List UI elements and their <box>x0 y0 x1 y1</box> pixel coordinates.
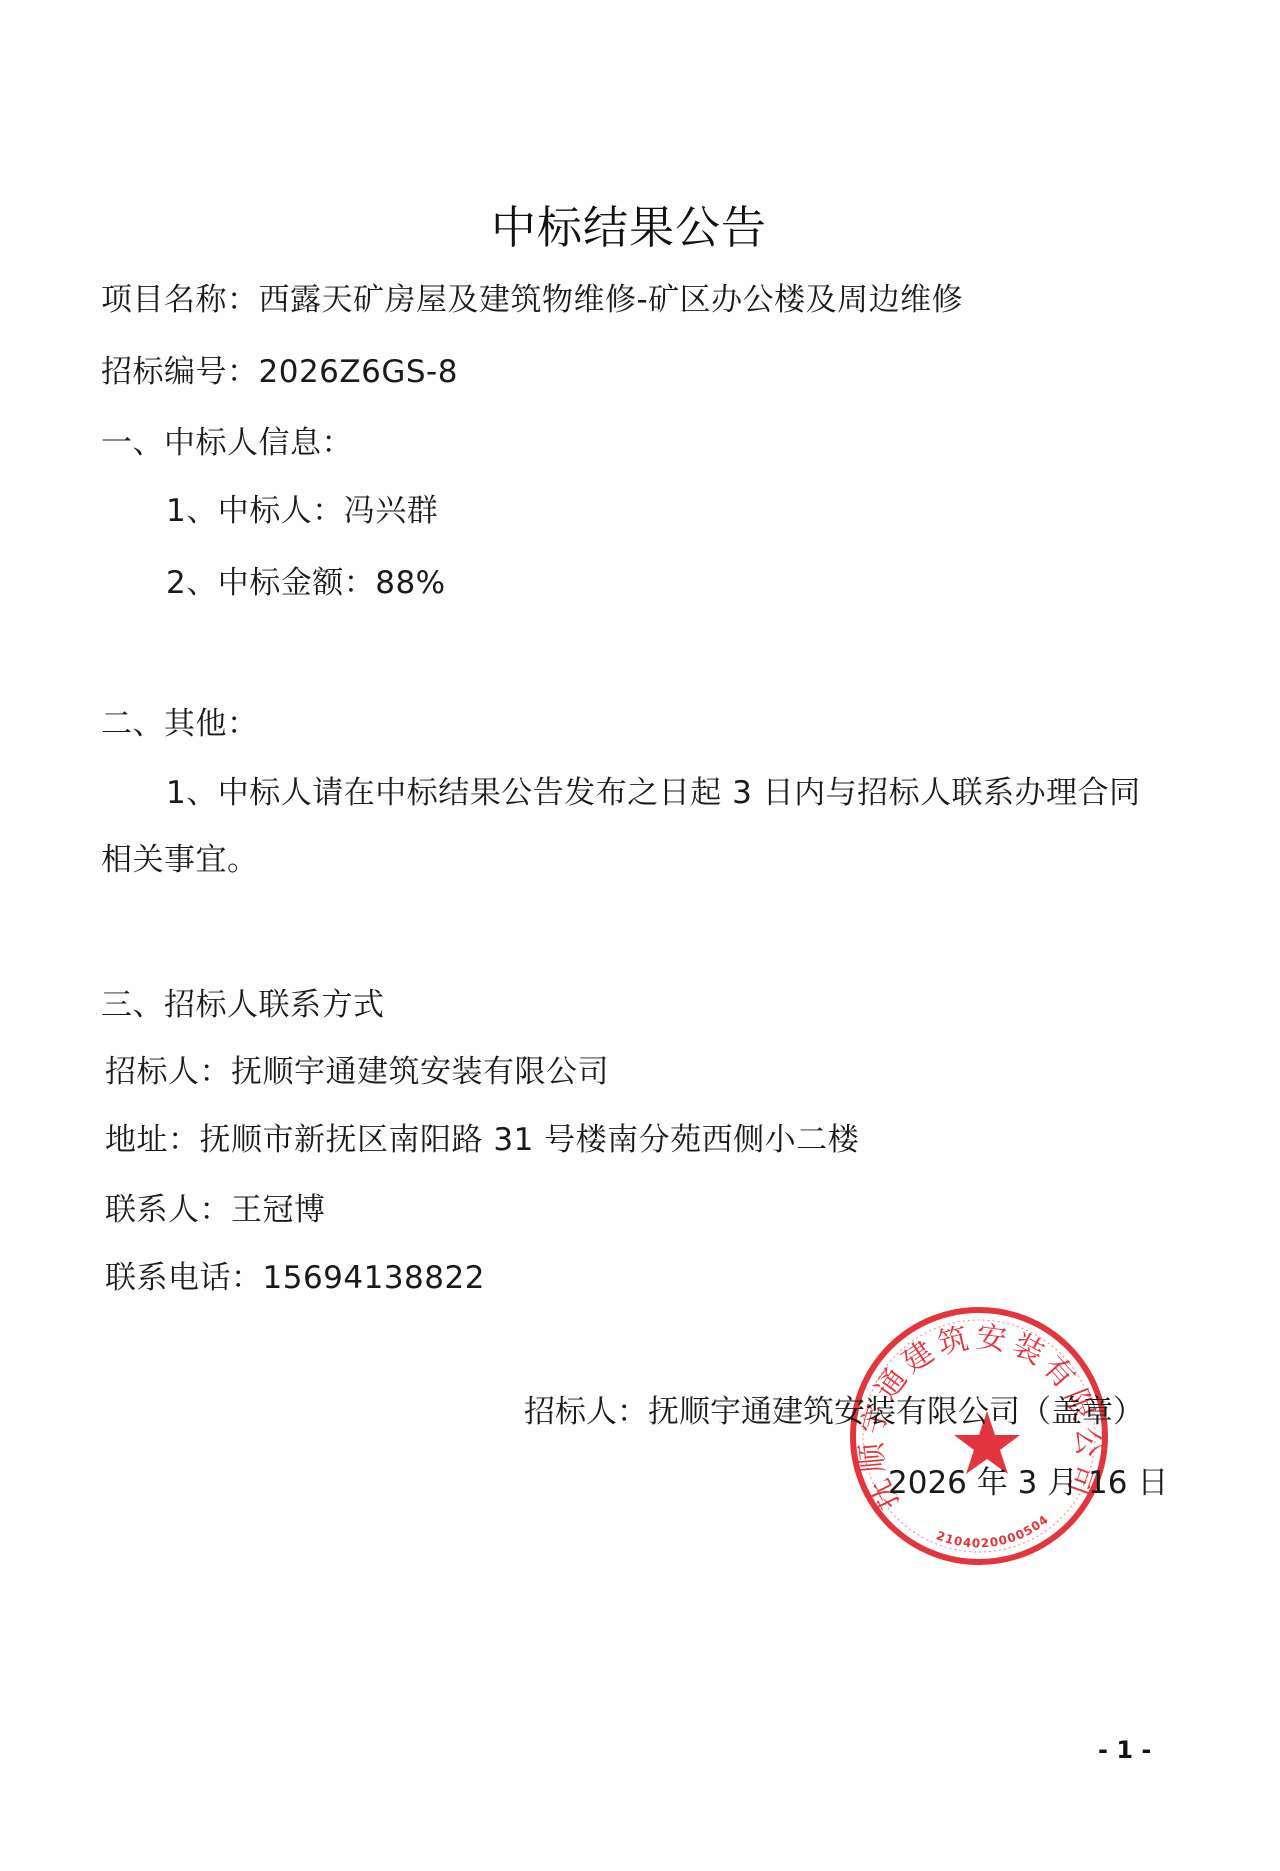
winner-row: 1、中标人：冯兴群 <box>166 493 438 529</box>
page-number: - 1 - <box>1098 1735 1151 1765</box>
bid-number-row: 招标编号：2026Z6GS-8 <box>101 354 458 390</box>
document-page: 中标结果公告 项目名称：西露天矿房屋及建筑物维修-矿区办公楼及周边维修 招标编号… <box>0 0 1280 1871</box>
contact-label: 联系人： <box>105 1192 231 1228</box>
bid-number-value: 2026Z6GS-8 <box>259 354 458 390</box>
project-name-row: 项目名称：西露天矿房屋及建筑物维修-矿区办公楼及周边维修 <box>101 282 963 318</box>
winner-value: 冯兴群 <box>344 493 439 529</box>
section3-heading: 三、招标人联系方式 <box>101 987 385 1023</box>
tenderer-value: 抚顺宇通建筑安装有限公司 <box>231 1054 609 1090</box>
bid-amount-row: 2、中标金额：88% <box>166 565 446 601</box>
address-row: 地址：抚顺市新抚区南阳路 31 号楼南分苑西侧小二楼 <box>105 1122 859 1158</box>
contact-row: 联系人：王冠博 <box>105 1192 326 1228</box>
signature-line: 招标人：抚顺宇通建筑安装有限公司（盖章） <box>524 1394 1144 1430</box>
contact-value: 王冠博 <box>231 1192 326 1228</box>
address-value: 抚顺市新抚区南阳路 31 号楼南分苑西侧小二楼 <box>200 1122 860 1158</box>
bid-amount-value: 88% <box>375 565 445 601</box>
project-name-value: 西露天矿房屋及建筑物维修-矿区办公楼及周边维修 <box>259 282 964 318</box>
project-name-label: 项目名称： <box>101 282 259 318</box>
bid-number-label: 招标编号： <box>101 354 259 390</box>
bid-amount-label: 2、中标金额： <box>166 565 375 601</box>
section2-item1-line2: 相关事宜。 <box>101 842 259 878</box>
section2-heading: 二、其他： <box>101 706 259 742</box>
phone-label: 联系电话： <box>105 1260 263 1296</box>
winner-label: 1、中标人： <box>166 493 344 529</box>
address-label: 地址： <box>105 1122 200 1158</box>
section1-heading: 一、中标人信息： <box>101 425 353 461</box>
phone-value: 15694138822 <box>263 1260 485 1296</box>
document-title: 中标结果公告 <box>0 202 1280 254</box>
signature-date: 2026 年 3 月 16 日 <box>888 1465 1168 1501</box>
company-stamp-icon: 抚顺宇通建筑安装有限公司 2104020000504 <box>848 1305 1110 1567</box>
tenderer-row: 招标人：抚顺宇通建筑安装有限公司 <box>105 1054 609 1090</box>
section2-item1-line1: 1、中标人请在中标结果公告发布之日起 3 日内与招标人联系办理合同 <box>166 775 1141 811</box>
phone-row: 联系电话：15694138822 <box>105 1260 485 1296</box>
tenderer-label: 招标人： <box>105 1054 231 1090</box>
stamp-code-text: 2104020000504 <box>934 1512 1051 1550</box>
